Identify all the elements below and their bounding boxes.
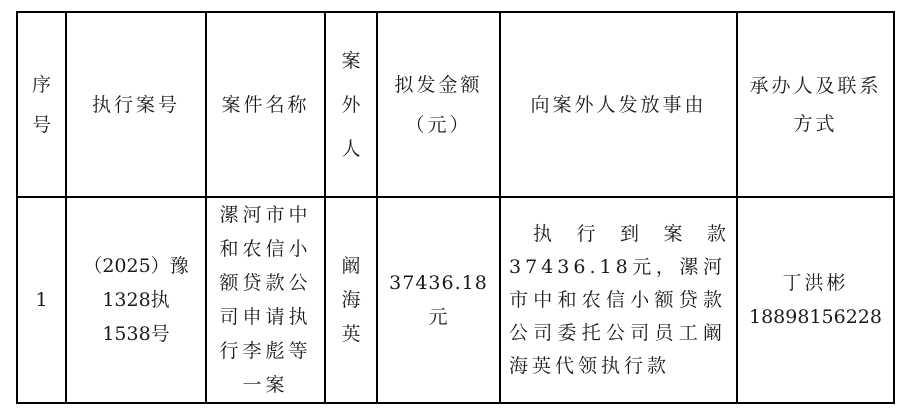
cell-seq: 1 bbox=[17, 197, 66, 403]
cell-amount: 37436.18元 bbox=[377, 197, 500, 403]
header-contact: 承办人及联系方式 bbox=[737, 12, 894, 197]
header-row: 序号 执行案号 案件名称 案外人 拟发金额（元） 向案外人发放事由 承办人及联系… bbox=[17, 12, 894, 197]
contact-name: 丁洪彬 bbox=[749, 266, 882, 300]
cell-outsider: 阚海英 bbox=[325, 197, 377, 403]
header-reason: 向案外人发放事由 bbox=[500, 12, 737, 197]
cell-case-no: （2025）豫1328执1538号 bbox=[66, 197, 206, 403]
cell-reason: 执行到案款 37436.18元，漯河市中和农信小额贷款公司委托公司员工阚海英代领… bbox=[500, 197, 737, 403]
disbursement-table: 序号 执行案号 案件名称 案外人 拟发金额（元） 向案外人发放事由 承办人及联系… bbox=[16, 11, 895, 404]
header-amount: 拟发金额（元） bbox=[377, 12, 500, 197]
header-seq: 序号 bbox=[17, 12, 66, 197]
header-case-no: 执行案号 bbox=[66, 12, 206, 197]
reason-first-line: 执行到案款 bbox=[509, 218, 726, 251]
cell-contact: 丁洪彬 18898156228 bbox=[737, 197, 894, 403]
reason-rest: 37436.18元，漯河市中和农信小额贷款公司委托公司员工阚海英代领执行款 bbox=[509, 256, 726, 377]
header-case-name: 案件名称 bbox=[206, 12, 325, 197]
table-row: 1 （2025）豫1328执1538号 漯河市中和农信小额贷款公司申请执行李彪等… bbox=[17, 197, 894, 403]
contact-phone: 18898156228 bbox=[749, 300, 882, 334]
header-outsider: 案外人 bbox=[325, 12, 377, 197]
cell-case-name: 漯河市中和农信小额贷款公司申请执行李彪等一案 bbox=[206, 197, 325, 403]
